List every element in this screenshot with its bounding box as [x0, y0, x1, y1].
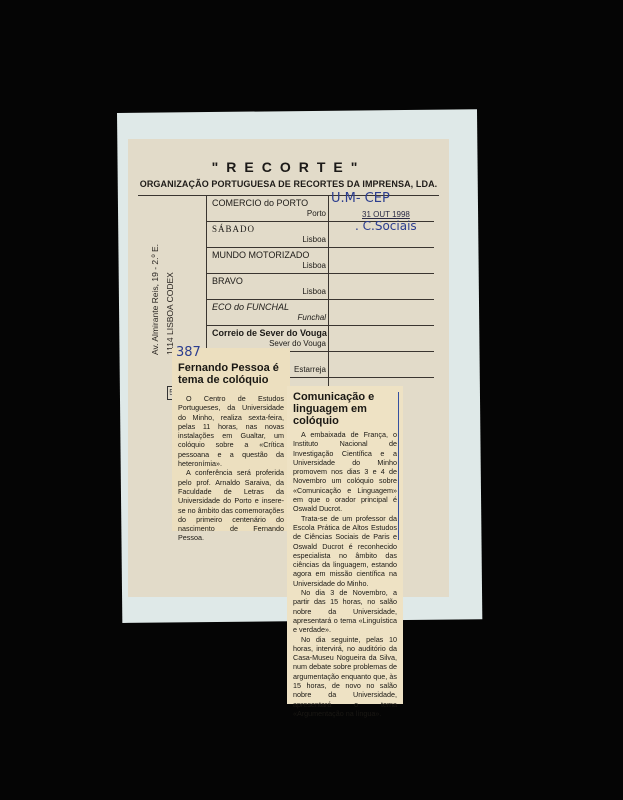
publication-city: Funchal [298, 313, 326, 322]
clipping-body: O Centro de Estudos Portugueses, da Univ… [178, 394, 284, 543]
clipping-comunicacao-linguagem: Comunicação e linguagem em colóquio A em… [287, 386, 403, 704]
publication-name: COMERCIO do PORTO [212, 198, 308, 208]
publication-city: Lisboa [302, 261, 326, 270]
address-line-2: 1114 LISBOA CODEX [165, 272, 175, 355]
paragraph: O Centro de Estudos Portugueses, da Univ… [178, 394, 284, 468]
handwritten-section: . C.Sociais [355, 219, 417, 233]
publication-city: Sever do Vouga [269, 339, 326, 348]
paragraph: A embaixada de França, o Instituto Nacio… [293, 430, 397, 514]
clipping-headline: Fernando Pessoa é tema de colóquio [178, 362, 286, 386]
handwritten-clip-number: 387 [176, 345, 201, 360]
address-line-1: Av. Almirante Reis, 19 - 2.º E. [150, 244, 160, 355]
publication-name: Correio de Sever do Vouga [212, 328, 327, 338]
publication-name: MUNDO MOTORIZADO [212, 250, 309, 260]
date-stamp: 31 OUT 1998 [362, 210, 410, 219]
paragraph: Trata-se de um professor da Escola Práti… [293, 514, 397, 588]
clipping-body: A embaixada de França, o Instituto Nacio… [293, 430, 397, 718]
publication-name: BRAVO [212, 276, 243, 286]
clipping-fernando-pessoa: 387 Fernando Pessoa é tema de colóquio O… [172, 348, 290, 531]
publication-city: Estarreja [294, 365, 326, 374]
publication-city: Porto [307, 209, 326, 218]
blue-pen-line [398, 392, 399, 540]
publication-row: ECO do FUNCHAL Funchal [206, 299, 434, 326]
publication-city: Lisboa [302, 235, 326, 244]
form-subtitle: ORGANIZAÇÃO PORTUGUESA DE RECORTES DA IM… [128, 179, 449, 189]
publication-name: ECO do FUNCHAL [212, 302, 289, 312]
publication-name: SÁBADO [212, 224, 255, 234]
publication-row: BRAVO Lisboa [206, 273, 434, 300]
paragraph: No dia 3 de Novembro, a partir das 15 ho… [293, 588, 397, 634]
clipping-headline: Comunicação e linguagem em colóquio [293, 391, 393, 427]
paragraph: No dia seguinte, pelas 10 horas, intervi… [293, 635, 397, 719]
publication-city: Lisboa [302, 287, 326, 296]
form-title: "RECORTE" [128, 159, 449, 175]
publication-row: MUNDO MOTORIZADO Lisboa [206, 247, 434, 274]
handwritten-org: U.M- CEP [331, 191, 390, 206]
paragraph: A conferência será proferida pelo prof. … [178, 468, 284, 542]
